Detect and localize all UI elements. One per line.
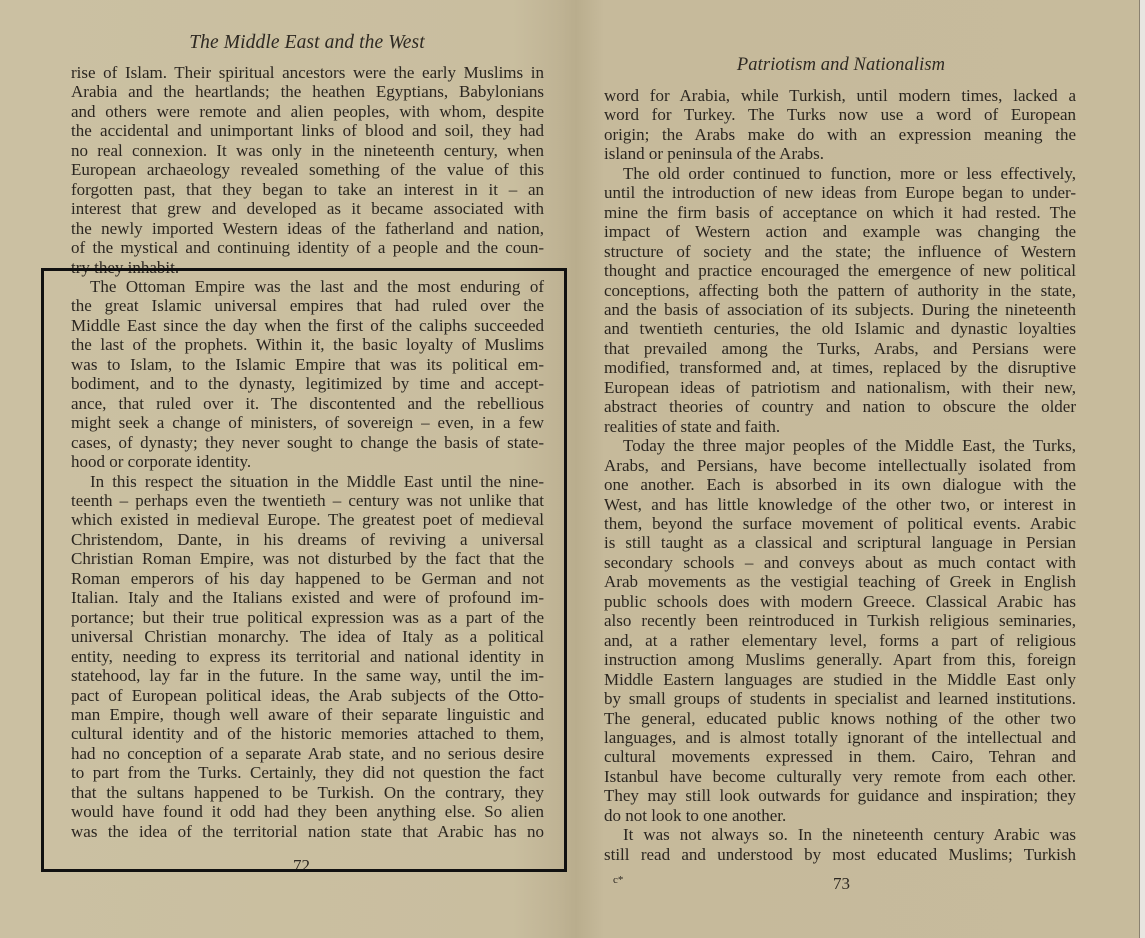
text-line: West, and has little knowledge of the ot…: [604, 495, 1076, 514]
text-line: still read and understood by most educat…: [604, 845, 1076, 864]
running-head-right: Patriotism and Nationalism: [604, 55, 1078, 76]
text-line: the great Islamic universal empires that…: [71, 296, 544, 315]
text-line: cultural movements expressed in them. Ca…: [604, 747, 1076, 766]
text-line: Roman emperors of his day happened to be…: [71, 569, 544, 588]
text-line: cases, of dynasty; they never sought to …: [71, 433, 544, 452]
text-line: entity, needing to express its territori…: [71, 647, 544, 666]
text-line: Arabia and the heartlands; the heathen E…: [71, 82, 544, 101]
text-line: teenth – perhaps even the twentieth – ce…: [71, 491, 544, 510]
text-line: Arab movements as the vestigial teaching…: [604, 572, 1076, 591]
text-line: public schools does with modern Greece. …: [604, 592, 1076, 611]
text-line: and twentieth centuries, the old Islamic…: [604, 319, 1076, 338]
right-page-body-text: word for Arabia, while Turkish, until mo…: [604, 86, 1076, 864]
text-line: Middle East since the day when the first…: [71, 316, 544, 335]
text-line: abstract theories of country and nation …: [604, 397, 1076, 416]
text-line: and the basis of association of its subj…: [604, 300, 1076, 319]
text-line: one another. Each is absorbed in its own…: [604, 475, 1076, 494]
text-line: European ideas of patriotism and nationa…: [604, 378, 1076, 397]
text-line: Today the three major peoples of the Mid…: [604, 436, 1076, 455]
left-page-body-text: rise of Islam. Their spiritual ancestors…: [71, 63, 544, 841]
text-line: of the mystical and continuing identity …: [71, 238, 544, 257]
text-line: hood or corporate identity.: [71, 452, 544, 471]
text-line: portance; but their true political expre…: [71, 608, 544, 627]
text-line: languages, and is almost totally ignoran…: [604, 728, 1076, 747]
text-line: The old order continued to function, mor…: [604, 164, 1076, 183]
text-line: bodiment, and to the dynasty, legitimize…: [71, 374, 544, 393]
text-line: the last of the prophets. Within it, the…: [71, 335, 544, 354]
text-line: might seek a change of ministers, of sov…: [71, 413, 544, 432]
page-number-left: 72: [293, 856, 310, 876]
text-line: try they inhabit.: [71, 258, 544, 277]
text-line: that the sultans happened to be Turkish.…: [71, 783, 544, 802]
text-line: is still taught as a classical and scrip…: [604, 533, 1076, 552]
text-line: origin; the Arabs make do with an expres…: [604, 125, 1076, 144]
text-line: was the idea of the territorial nation s…: [71, 822, 544, 841]
left-page: The Middle East and the West rise of Isl…: [0, 0, 575, 938]
text-line: The Ottoman Empire was the last and the …: [71, 277, 544, 296]
text-line: would have found it odd had they been an…: [71, 802, 544, 821]
text-line: Christendom, Dante, in his dreams of rev…: [71, 530, 544, 549]
text-line: Istanbul have become culturally very rem…: [604, 767, 1076, 786]
text-line: no real connexion. It was only in the ni…: [71, 141, 544, 160]
text-line: Arabs, and Persians, have become intelle…: [604, 456, 1076, 475]
text-line: In this respect the situation in the Mid…: [71, 472, 544, 491]
text-line: and, at a rather elementary level, forms…: [604, 631, 1076, 650]
running-head-left: The Middle East and the West: [70, 32, 544, 54]
text-line: the accidental and unimportant links of …: [71, 121, 544, 140]
text-line: by small groups of students in specialis…: [604, 689, 1076, 708]
text-line: They may still look outwards for guidanc…: [604, 786, 1076, 805]
text-line: that prevailed among the Turks, Arabs, a…: [604, 339, 1076, 358]
text-line: European archaeology revealed something …: [71, 160, 544, 179]
text-line: the newly imported Western ideas of the …: [71, 219, 544, 238]
text-line: was to Islam, to the Islamic Empire that…: [71, 355, 544, 374]
text-line: and others were remote and alien peoples…: [71, 102, 544, 121]
text-line: mine the firm basis of acceptance on whi…: [604, 203, 1076, 222]
text-line: cultural identity and of the historic me…: [71, 724, 544, 743]
text-line: man Empire, though well aware of their s…: [71, 705, 544, 724]
text-line: Middle Eastern languages are studied in …: [604, 670, 1076, 689]
text-line: which existed in medieval Europe. The gr…: [71, 510, 544, 529]
text-line: until the introduction of new ideas from…: [604, 183, 1076, 202]
text-line: forgotten past, that they began to take …: [71, 180, 544, 199]
text-line: universal Christian monarchy. The idea o…: [71, 627, 544, 646]
right-page: Patriotism and Nationalism word for Arab…: [575, 0, 1140, 938]
text-line: The general, educated public knows nothi…: [604, 709, 1076, 728]
text-line: structure of society and the state; the …: [604, 242, 1076, 261]
text-line: realities of state and faith.: [604, 417, 1076, 436]
signature-mark: c*: [613, 874, 623, 886]
text-line: Christian Roman Empire, was not disturbe…: [71, 549, 544, 568]
text-line: conceptions, affecting both the pattern …: [604, 281, 1076, 300]
text-line: interest that grew and developed as it b…: [71, 199, 544, 218]
text-line: Italian. Italy and the Italians existed …: [71, 588, 544, 607]
page-number-right: 73: [833, 874, 850, 894]
text-line: modified, transformed and, at times, rep…: [604, 358, 1076, 377]
text-line: instruction among Muslims generally. Apa…: [604, 650, 1076, 669]
text-line: It was not always so. In the nineteenth …: [604, 825, 1076, 844]
text-line: island or peninsula of the Arabs.: [604, 144, 1076, 163]
text-line: secondary schools – and conveys about as…: [604, 553, 1076, 572]
text-line: do not look to one another.: [604, 806, 1076, 825]
text-line: impact of Western action and example was…: [604, 222, 1076, 241]
text-line: ance, that ruled over it. The discontent…: [71, 394, 544, 413]
text-line: pact of European political ideas, the Ar…: [71, 686, 544, 705]
window-edge: [1139, 0, 1145, 938]
book-spread: The Middle East and the West rise of Isl…: [0, 0, 1140, 938]
text-line: rise of Islam. Their spiritual ancestors…: [71, 63, 544, 82]
text-line: word for Arabia, while Turkish, until mo…: [604, 86, 1076, 105]
text-line: thought and practice encouraged the emer…: [604, 261, 1076, 280]
text-line: statehood, lay far in the future. In the…: [71, 666, 544, 685]
text-line: also recently been reintroduced in Turki…: [604, 611, 1076, 630]
text-line: had no conception of a separate Arab sta…: [71, 744, 544, 763]
text-line: them, beyond the surface movement of pol…: [604, 514, 1076, 533]
text-line: to part from the Turks. Certainly, they …: [71, 763, 544, 782]
text-line: word for Turkey. The Turks now use a wor…: [604, 105, 1076, 124]
